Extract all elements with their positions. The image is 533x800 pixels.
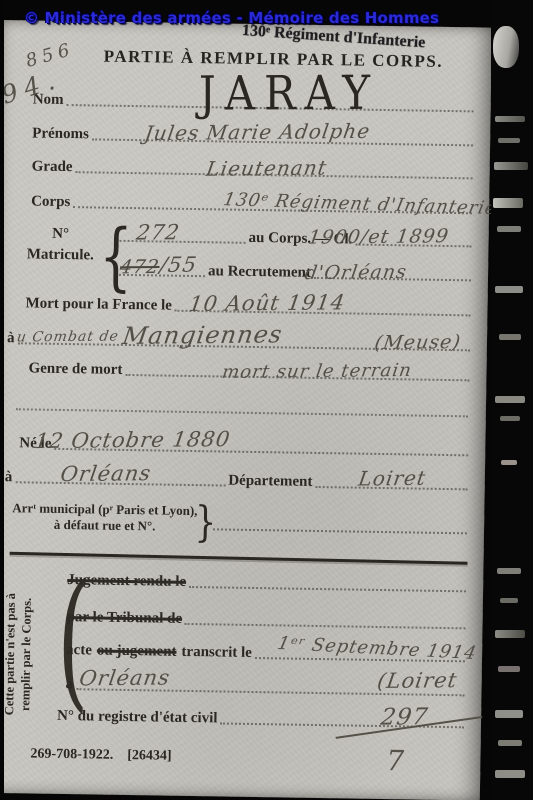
transcrit-a-value: Orléans: [78, 666, 172, 691]
film-scratch: [495, 770, 525, 778]
matricule-label-line1: N°: [26, 223, 94, 245]
grade-value: Lieutenant: [205, 156, 329, 181]
prenoms-value: Jules Marie Adolphe: [143, 119, 372, 145]
film-scratch: [495, 630, 525, 638]
transcrit-a-label: à: [65, 676, 73, 693]
field-row-tribunal: par le Tribunal de: [66, 604, 468, 632]
record-viewer: © Ministère des armées - Mémoire des Hom…: [0, 0, 533, 800]
matricule-corps-value: 272: [135, 220, 182, 244]
matricule-recrutement-struck: 472: [118, 256, 161, 278]
film-edge-left: [0, 0, 4, 800]
arr-label-line1: Arrᵗ municipal (pʳ Paris et Lyon),: [12, 500, 197, 519]
matricule-label-line2: Matricule.: [26, 244, 94, 266]
film-scratch: [498, 138, 520, 143]
corps-label: Corps: [31, 193, 70, 211]
arr-label-line2: à défaut rue et N°.: [12, 516, 197, 535]
matricule-label: N° Matricule.: [26, 223, 95, 266]
transcrit-label-part2: transcrit le: [181, 644, 252, 662]
dotted-line: [185, 621, 466, 629]
nom-value: JARAY: [199, 65, 379, 121]
ne-le-value: 12 Octobre 1880: [33, 427, 232, 453]
film-scratch: [500, 416, 520, 421]
classe-value: 1900/et 1899: [307, 225, 451, 248]
ne-a-value: Orléans: [59, 461, 153, 486]
footer-imprint: 269-708-1922. [26434]: [30, 743, 171, 765]
matricule-recrutement-value: /55: [158, 253, 198, 277]
footer-bracket-number: [26434]: [127, 748, 172, 765]
transcrit-label-struck: ou jugement: [97, 643, 177, 661]
mort-a-prefix: u Combat de: [16, 329, 120, 346]
au-recrutement-label: au Recrutement: [208, 263, 311, 282]
mort-a-value: Mangiennes: [121, 320, 285, 350]
ne-a-departement-value: Loiret: [357, 466, 428, 491]
film-scratch: [494, 162, 528, 170]
transcrit-a-departement: (Loiret: [376, 668, 459, 693]
mort-le-value: 10 Août 1914: [187, 290, 346, 316]
registre-extra-number: 7: [386, 744, 404, 777]
dotted-line: [16, 408, 468, 417]
film-scratch: [498, 740, 522, 746]
scanned-document: 130ᵉ Régiment d'Infanterie 94. 856 PARTI…: [0, 20, 492, 800]
film-scratch: [499, 334, 521, 340]
mort-a-departement: (Meuse): [373, 331, 462, 354]
film-scratch: [497, 568, 521, 574]
corps-value: 130ᵉ Régiment d'Infanterie: [222, 189, 499, 219]
film-scratch: [493, 198, 523, 208]
copyright-watermark: © Ministère des armées - Mémoire des Hom…: [24, 9, 439, 27]
film-scratch: [495, 286, 523, 293]
film-scratch: [495, 116, 525, 122]
field-row-jugement: Jugement rendu le: [67, 567, 469, 595]
mort-le-label: Mort pour la France le: [25, 295, 172, 314]
film-scratch: [498, 666, 520, 672]
film-scratch: [501, 460, 517, 465]
footer-reference: 269-708-1922.: [30, 747, 113, 764]
prenoms-label: Prénoms: [32, 125, 89, 143]
transcrit-label-part1: acte: [66, 642, 92, 659]
film-scratch: [495, 396, 525, 403]
arr-municipal-label: Arrᵗ municipal (pʳ Paris et Lyon), à déf…: [12, 500, 198, 535]
jugement-label: Jugement rendu le: [67, 572, 186, 591]
film-scratch: [493, 26, 519, 68]
dotted-line: [213, 526, 467, 534]
dotted-line: [189, 584, 466, 592]
recrutement-place-value: d'Orléans: [303, 261, 408, 284]
tribunal-label: par le Tribunal de: [66, 609, 182, 628]
film-edge-right: [491, 0, 533, 800]
field-row-arr-municipal: [210, 511, 470, 537]
departement-label: Département: [228, 473, 312, 491]
ne-a-label: à: [5, 469, 13, 486]
registre-label: N° du registre d'état civil: [57, 708, 218, 728]
film-scratch: [495, 710, 523, 718]
mort-a-label: à: [7, 330, 15, 347]
genre-mort-label: Genre de mort: [28, 360, 122, 378]
grade-label: Grade: [32, 158, 73, 176]
film-scratch: [497, 226, 521, 232]
film-scratch: [500, 598, 518, 603]
genre-mort-value: mort sur le terrain: [221, 360, 414, 383]
